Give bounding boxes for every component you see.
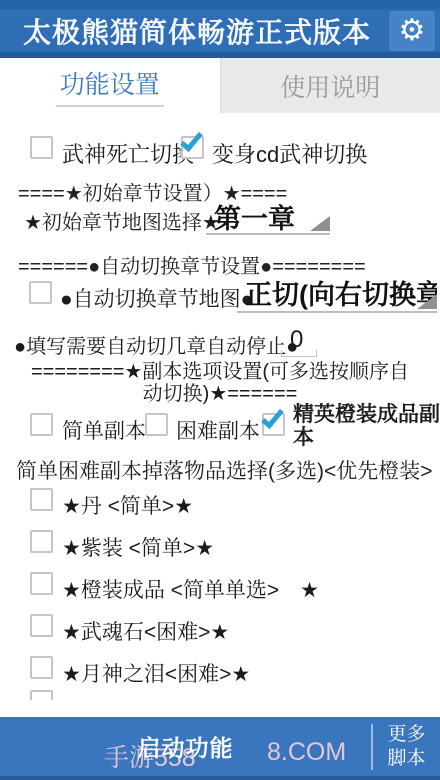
tab-usage-instructions[interactable]: 使用说明 xyxy=(220,58,440,113)
list-item-label: ★月神之泪<困难>★ xyxy=(62,658,250,688)
auto-stop-label: ●填写需要自动切几章自动停止● xyxy=(14,330,298,359)
initial-chapter-spinner[interactable]: 第一章 xyxy=(206,195,330,235)
checkbox-label: ●自动切换章节地图● xyxy=(60,283,253,313)
section-header-dungeon-options: ========★副本选项设置(可多选按顺序自动切换)★====== xyxy=(0,361,440,406)
checkbox-easy-dungeon[interactable] xyxy=(30,413,53,436)
more-scripts-button[interactable]: 更多脚本 xyxy=(373,717,440,776)
tab-function-settings[interactable]: 功能设置 xyxy=(0,58,220,113)
list-item-label: ★紫装 <简单>★ xyxy=(62,532,214,562)
app-screen: 太极熊猫简体畅游正式版本 ⚙ 功能设置 使用说明 武神死亡切换 变身cd武神切换… xyxy=(0,0,440,780)
checkbox-moon-tear-hard[interactable] xyxy=(30,656,53,679)
checkbox-partial-clipped[interactable] xyxy=(30,690,53,700)
checkbox-auto-switch-map[interactable] xyxy=(29,281,52,304)
footer-bar: 手游558 8.COM 启动功能 更多脚本 xyxy=(0,717,440,780)
start-button-label: 启动功能 xyxy=(138,730,234,763)
checkbox-label: 困难副本 xyxy=(176,415,260,445)
checkbox-cd-switch[interactable] xyxy=(181,136,204,159)
list-item-label: ★武魂石<困难>★ xyxy=(62,616,229,646)
tab-bar: 功能设置 使用说明 xyxy=(0,58,440,113)
checkbox-elite-dungeon[interactable] xyxy=(262,413,285,436)
checkmark-icon xyxy=(180,128,203,152)
watermark-text: 8.COM xyxy=(267,738,346,767)
tab-label: 使用说明 xyxy=(280,68,380,104)
checkbox-purple-gear-easy[interactable] xyxy=(30,530,53,553)
title-bar: 太极熊猫简体畅游正式版本 ⚙ xyxy=(0,0,440,58)
checkbox-label: 武神死亡切换 xyxy=(62,138,194,169)
checkbox-hard-dungeon[interactable] xyxy=(145,413,168,436)
checkbox-dan-easy[interactable] xyxy=(30,488,53,511)
settings-panel: 武神死亡切换 变身cd武神切换 ====★初始章节设置）★==== ★初始章节地… xyxy=(0,113,440,700)
checkbox-wuhun-stone-hard[interactable] xyxy=(30,614,53,637)
list-item-label: ★橙装成品 <简单单选> ★ xyxy=(62,574,319,604)
dropdown-arrow-icon xyxy=(310,216,330,231)
settings-button[interactable]: ⚙ xyxy=(389,11,435,51)
checkbox-label: 变身cd武神切换 xyxy=(212,138,367,169)
auto-switch-direction-spinner[interactable]: 正切(向右切换章 xyxy=(237,271,437,313)
checkbox-label: 简单副本 xyxy=(62,415,146,445)
checkbox-orange-gear-easy[interactable] xyxy=(30,572,53,595)
input-underline xyxy=(281,350,317,357)
spinner-value: 正切(向右切换章 xyxy=(237,271,437,318)
checkbox-label: 精英橙装成品副本 xyxy=(293,403,440,449)
more-button-label: 更多脚本 xyxy=(386,723,428,771)
dropdown-arrow-icon xyxy=(417,294,437,309)
app-title: 太极熊猫简体畅游正式版本 xyxy=(0,9,394,52)
initial-map-label: ★初始章节地图选择★ xyxy=(24,206,220,235)
checkmark-icon xyxy=(261,405,284,429)
checkbox-death-switch[interactable] xyxy=(30,136,53,159)
tab-label: 功能设置 xyxy=(56,65,164,107)
gear-icon: ⚙ xyxy=(399,16,426,46)
drop-items-header: 简单困难副本掉落物品选择(多选)<优先橙装> xyxy=(16,455,433,485)
list-item-label: ★丹 <简单>★ xyxy=(62,490,193,520)
